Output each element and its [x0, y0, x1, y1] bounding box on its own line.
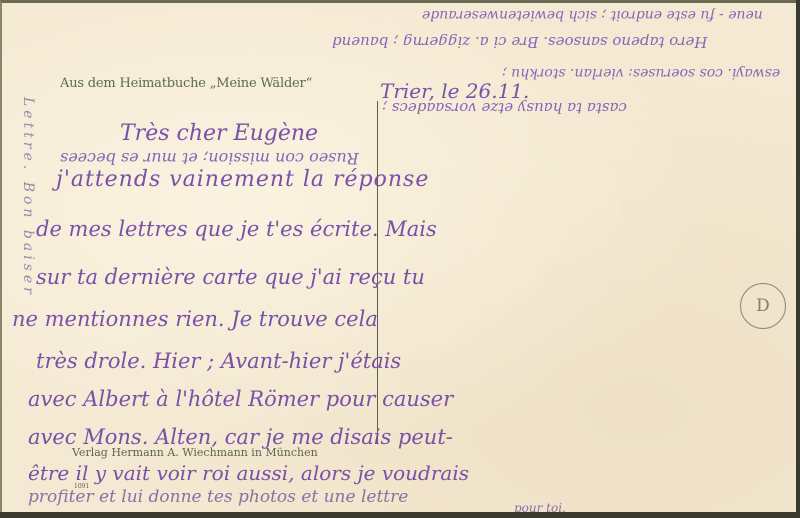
letter-line: j'attends vainement la réponse — [56, 167, 429, 192]
mark-letter: D — [756, 296, 770, 316]
print-number: 1091 — [74, 483, 89, 490]
postcard-back: neue - fu este endroit ; sich bewietenwe… — [0, 0, 796, 512]
letter-line: avec Albert à l'hôtel Römer pour causer — [28, 387, 453, 411]
upside-down-line: eswayi. cos soeruses: vierlan. storkhu ; — [502, 65, 780, 81]
letter-line: sur ta dernière carte que j'ai reçu tu — [36, 265, 425, 289]
upside-down-line: Hero tapeno sansoes. Bre ci a. ziggerng … — [332, 33, 707, 51]
letter-line: très drole. Hier ; Avant-hier j'étais — [36, 349, 401, 373]
upside-down-line: Ruseo con mission; et mur es becees — [60, 149, 359, 168]
circled-d-mark: D — [740, 283, 786, 329]
letter-line: être il y vait voir roi aussi, alors je … — [28, 461, 469, 485]
letter-line: profiter et lui donne tes photos et une … — [28, 487, 408, 507]
letter-line: de mes lettres que je t'es écrite. Mais — [36, 217, 437, 241]
date-line: Trier, le 26.11. — [380, 79, 529, 103]
printed-heading: Aus dem Heimatbuche „Meine Wälder“ — [60, 76, 312, 91]
salutation: Très cher Eugène — [120, 121, 318, 146]
publisher-imprint: Verlag Hermann A. Wiechmann in München — [72, 446, 318, 459]
letter-line: ne mentionnes rien. Je trouve cela — [12, 307, 378, 331]
upside-down-line: neue - fu este endroit ; sich bewietenwe… — [422, 7, 763, 23]
letter-line: pour toi. — [514, 501, 566, 512]
